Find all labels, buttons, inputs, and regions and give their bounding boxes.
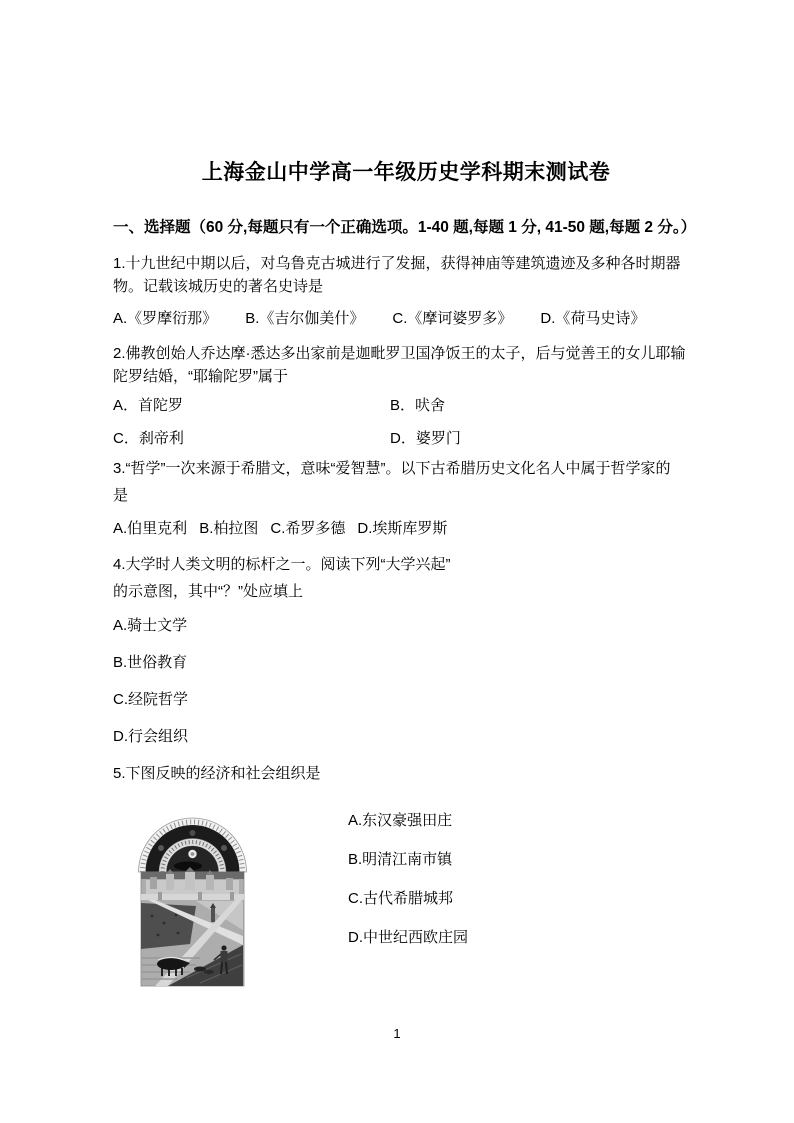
question-1-options: A.《罗摩衍那》 B.《吉尔伽美什》 C.《摩诃婆罗多》 D.《荷马史诗》 xyxy=(113,308,699,329)
question-4-stem-line: 4.大学时人类文明的标杆之一。阅读下列“大学兴起” xyxy=(113,551,699,578)
question-5: 5.下图反映的经济和社会组织是 xyxy=(113,763,699,999)
question-2-stem: 2.佛教创始人乔达摩·悉达多出家前是迦毗罗卫国净饭王的太子，后与觉善王的女儿耶输… xyxy=(113,342,699,388)
question-1-option-a: A.《罗摩衍那》 xyxy=(113,308,217,329)
question-1: 1.十九世纪中期以后，对乌鲁克古城进行了发掘，获得神庙等建筑遗迹及多种各时期器 … xyxy=(113,252,699,329)
exam-page: 上海金山中学高一年级历史学科期末测试卷 一、选择题（60 分,每题只有一个正确选… xyxy=(0,0,794,1123)
question-5-stem: 5.下图反映的经济和社会组织是 xyxy=(113,763,699,784)
question-4-option-a: A.骑士文学 xyxy=(113,615,699,636)
question-4-option-d: D.行会组织 xyxy=(113,726,699,747)
question-5-region: A.东汉豪强田庄 B.明清江南市镇 C.古代希腊城邦 D.中世纪西欧庄园 xyxy=(113,784,699,999)
question-3-options: A.伯里克利 B.柏拉图 C.希罗多德 D.埃斯库罗斯 xyxy=(113,518,699,539)
question-3: 3.“哲学”一次来源于希腊文，意味“爱智慧”。以下古希腊历史文化名人中属于哲学家… xyxy=(113,455,699,539)
question-2: 2.佛教创始人乔达摩·悉达多出家前是迦毗罗卫国净饭王的太子，后与觉善王的女儿耶输… xyxy=(113,342,699,449)
question-2-options: A．首陀罗 B．吠舍 C．刹帝利 D．婆罗门 xyxy=(113,395,699,449)
question-2-option-d: D．婆罗门 xyxy=(390,428,699,449)
question-4: 4.大学时人类文明的标杆之一。阅读下列“大学兴起” 的示意图，其中“？”处应填上… xyxy=(113,551,699,747)
question-4-stem-line: 的示意图，其中“？”处应填上 xyxy=(113,578,699,605)
page-content: 上海金山中学高一年级历史学科期末测试卷 一、选择题（60 分,每题只有一个正确选… xyxy=(113,160,699,999)
question-2-stem-line: 2.佛教创始人乔达摩·悉达多出家前是迦毗罗卫国净饭王的太子，后与觉善王的女儿耶输 xyxy=(113,342,699,365)
question-3-stem: 3.“哲学”一次来源于希腊文，意味“爱智慧”。以下古希腊历史文化名人中属于哲学家… xyxy=(113,455,699,509)
question-2-option-c: C．刹帝利 xyxy=(113,428,390,449)
question-5-option-c: C.古代希腊城邦 xyxy=(348,888,468,909)
question-5-option-a: A.东汉豪强田庄 xyxy=(348,810,468,831)
question-4-option-c: C.经院哲学 xyxy=(113,689,699,710)
question-5-option-b: B.明清江南市镇 xyxy=(348,849,468,870)
question-5-option-d: D.中世纪西欧庄园 xyxy=(348,927,468,948)
question-5-stem-line: 5.下图反映的经济和社会组织是 xyxy=(113,763,699,784)
question-5-options: A.东汉豪强田庄 B.明清江南市镇 C.古代希腊城邦 D.中世纪西欧庄园 xyxy=(348,810,468,966)
question-2-option-b: B．吠舍 xyxy=(390,395,699,416)
question-3-option-a: A.伯里克利 xyxy=(113,518,187,539)
question-1-stem-line: 1.十九世纪中期以后，对乌鲁克古城进行了发掘，获得神庙等建筑遗迹及多种各时期器 xyxy=(113,252,699,275)
section-heading: 一、选择题（60 分,每题只有一个正确选项。1-40 题,每题 1 分, 41-… xyxy=(113,217,699,239)
question-3-stem-line: 是 xyxy=(113,482,699,509)
question-4-option-b: B.世俗教育 xyxy=(113,652,699,673)
question-1-option-d: D.《荷马史诗》 xyxy=(540,308,645,329)
question-1-option-c: C.《摩诃婆罗多》 xyxy=(392,308,512,329)
question-1-stem-line: 物。记载该城历史的著名史诗是 xyxy=(113,275,699,298)
question-4-options: A.骑士文学 B.世俗教育 C.经院哲学 D.行会组织 xyxy=(113,615,699,747)
question-3-stem-line: 3.“哲学”一次来源于希腊文，意味“爱智慧”。以下古希腊历史文化名人中属于哲学家… xyxy=(113,455,699,482)
question-3-option-d: D.埃斯库罗斯 xyxy=(357,518,447,539)
medieval-manor-illustration-image xyxy=(138,808,247,988)
question-2-stem-line: 陀罗结婚，“耶输陀罗”属于 xyxy=(113,365,699,388)
page-title: 上海金山中学高一年级历史学科期末测试卷 xyxy=(113,160,699,186)
question-2-option-a: A．首陀罗 xyxy=(113,395,390,416)
question-3-option-c: C.希罗多德 xyxy=(270,518,345,539)
question-4-stem: 4.大学时人类文明的标杆之一。阅读下列“大学兴起” 的示意图，其中“？”处应填上 xyxy=(113,551,699,605)
question-1-stem: 1.十九世纪中期以后，对乌鲁克古城进行了发掘，获得神庙等建筑遗迹及多种各时期器 … xyxy=(113,252,699,298)
page-number: 1 xyxy=(0,1026,794,1042)
question-3-option-b: B.柏拉图 xyxy=(199,518,258,539)
question-1-option-b: B.《吉尔伽美什》 xyxy=(245,308,364,329)
